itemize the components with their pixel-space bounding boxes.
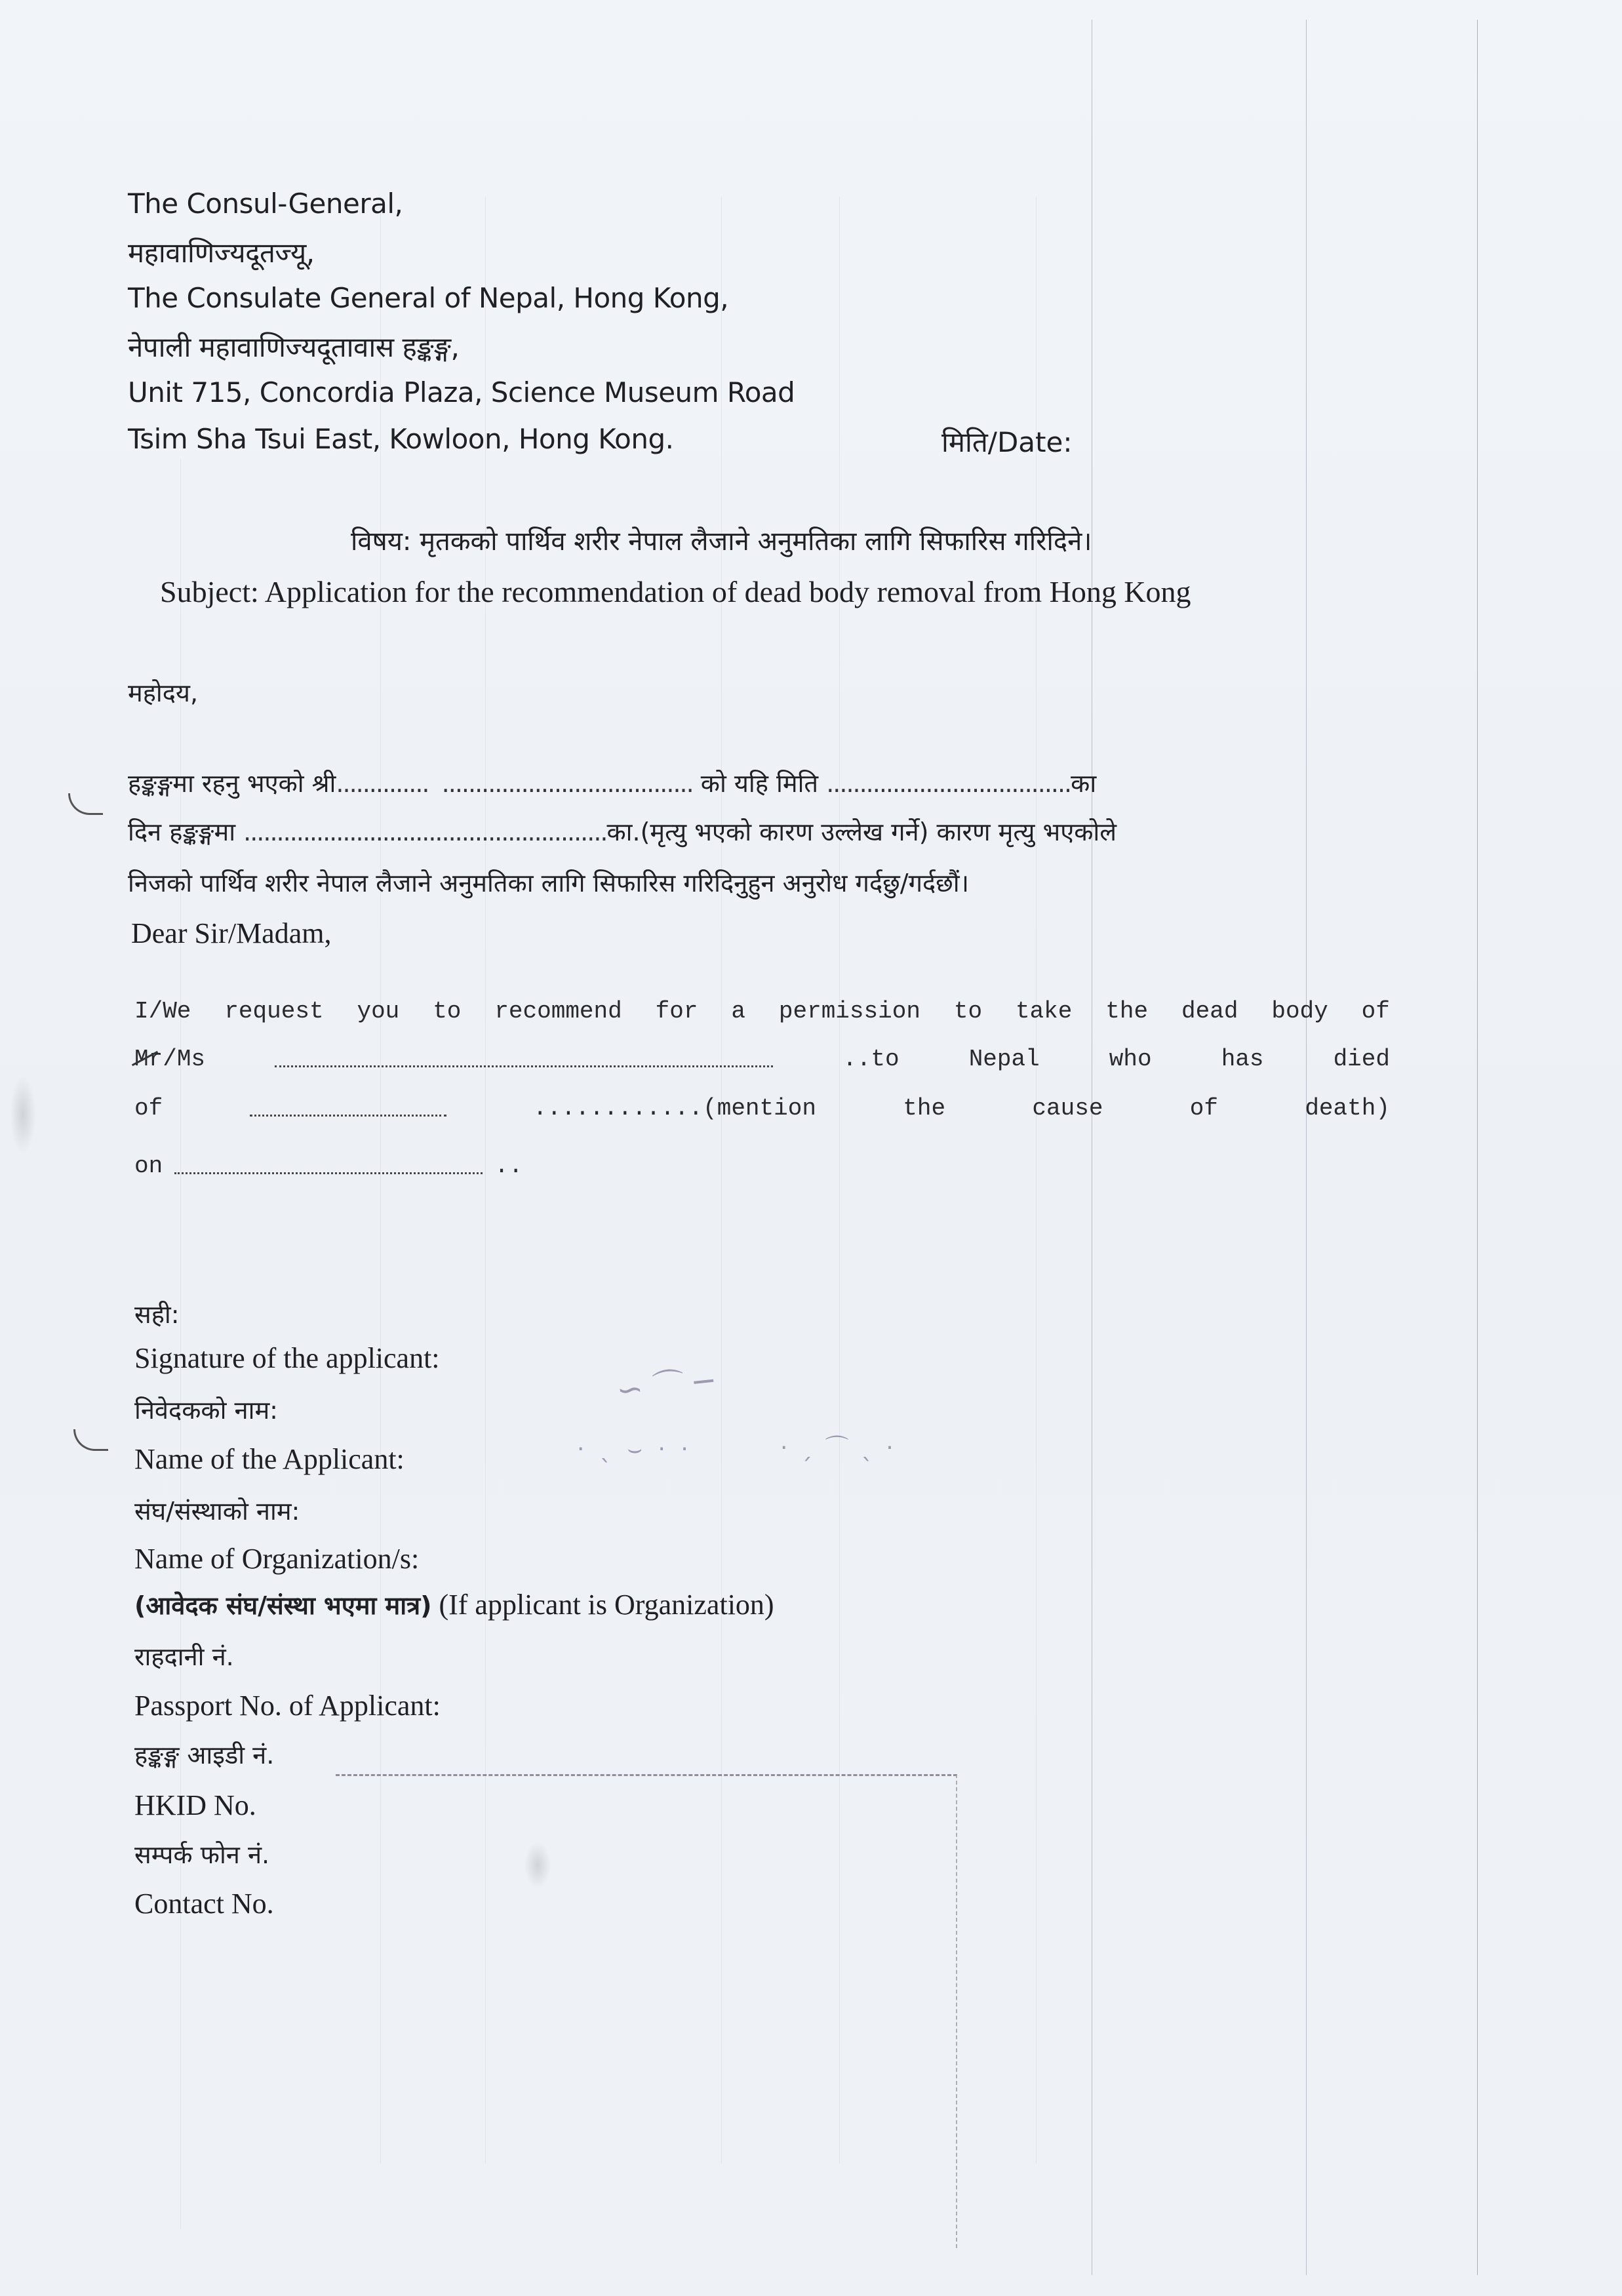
name-scribble: · ˏ ⌒ ˎ · <box>780 1429 896 1463</box>
punch-hole-mark <box>73 1429 108 1451</box>
on-label: on <box>134 1153 163 1179</box>
hkid-label-nepali: हङ्कङ्ग आइडी नं. <box>134 1737 274 1771</box>
scan-guide-line <box>1477 20 1478 2275</box>
contact-label-nepali: सम्पर्क फोन नं. <box>134 1837 269 1871</box>
english-body-line: I/Werequestyoutorecommendforapermissiont… <box>134 998 1390 1025</box>
organization-note: (आवेदक संघ/संस्था भएमा मात्र) (If applic… <box>134 1588 774 1622</box>
address-line: नेपाली महावाणिज्यदूतावास हङ्कङ्ग, <box>128 328 459 365</box>
organization-note-english: (If applicant is Organization) <box>439 1589 774 1621</box>
applicant-name-label: Name of the Applicant: <box>134 1442 405 1476</box>
name-fill-dots[interactable]: .............. .........................… <box>336 769 692 798</box>
body-word: permission <box>779 998 920 1025</box>
body-word: you <box>357 998 399 1025</box>
mr-ms-label: Mr/Ms <box>134 1046 205 1073</box>
address-line: The Consulate General of Nepal, Hong Kon… <box>128 282 728 314</box>
body-word: death) <box>1305 1095 1390 1122</box>
contact-label: Contact No. <box>134 1887 274 1920</box>
scan-guide-line <box>1092 20 1092 2275</box>
body-word: ............(mention <box>533 1095 816 1122</box>
organization-note-nepali: (आवेदक संघ/संस्था भएमा मात्र) <box>134 1591 431 1620</box>
struck-mr: Mr <box>134 1046 163 1073</box>
address-line: महावाणिज्यदूतज्यू, <box>128 233 315 271</box>
body-word: dead <box>1181 998 1238 1025</box>
cause-fill-dots[interactable]: ........................................… <box>243 818 606 846</box>
body-word: of <box>1190 1095 1218 1122</box>
subject-nepali: विषय: मृतकको पार्थिव शरीर नेपाल लैजाने अ… <box>0 522 1622 558</box>
body-word: to <box>954 998 982 1025</box>
salutation-nepali: महोदय, <box>128 675 198 709</box>
body-word: ..to <box>842 1046 899 1073</box>
signature-scribble: ∽ ⌒ ─ <box>614 1355 715 1410</box>
body-word: of <box>1362 998 1390 1025</box>
name-scribble: · ˎ ⌣ · · <box>577 1436 692 1463</box>
deceased-name-field[interactable] <box>275 1046 773 1067</box>
applicant-name-label-nepali: निवेदकको नाम: <box>134 1393 278 1427</box>
scan-smudge <box>10 1075 36 1154</box>
body-text: का.(मृत्यु भएको कारण उल्लेख गर्ने) कारण … <box>607 818 1117 846</box>
scan-guide-line <box>1306 20 1307 2275</box>
organization-name-label-nepali: संघ/संस्थाको नाम: <box>134 1494 300 1528</box>
punch-hole-mark <box>68 793 103 815</box>
subject-english: Subject: Application for the recommendat… <box>160 574 1191 609</box>
address-line: Tsim Sha Tsui East, Kowloon, Hong Kong. <box>128 423 674 455</box>
body-text: का <box>1071 769 1096 798</box>
body-word: has <box>1221 1046 1264 1073</box>
english-body-line: on .. <box>134 1153 1390 1179</box>
body-word: to <box>433 998 461 1025</box>
of-label: of <box>134 1095 163 1122</box>
date-label: मिति/Date: <box>941 423 1073 460</box>
english-body-line: of............(mentionthecauseofdeath) <box>134 1095 1390 1122</box>
photo-box[interactable] <box>336 1774 957 2248</box>
body-word: take <box>1016 998 1072 1025</box>
scanned-page: The Consul-General, महावाणिज्यदूतज्यू, T… <box>0 0 1622 2296</box>
body-text: दिन हङ्कङ्गमा <box>128 818 235 846</box>
nepali-body-line: हङ्कङ्गमा रहनु भएको श्री.............. .… <box>128 766 1096 800</box>
date-fill-dots[interactable]: ..................................... <box>826 769 1071 798</box>
body-word: I/We <box>134 998 191 1025</box>
body-word: the <box>1105 998 1148 1025</box>
cause-of-death-field[interactable] <box>250 1095 446 1117</box>
organization-name-label: Name of Organization/s: <box>134 1542 419 1575</box>
body-word: Nepal <box>969 1046 1040 1073</box>
hkid-label: HKID No. <box>134 1789 256 1822</box>
body-word: a <box>731 998 745 1025</box>
passport-label-nepali: राहदानी नं. <box>134 1639 234 1673</box>
nepali-body-line: निजको पार्थिव शरीर नेपाल लैजाने अनुमतिका… <box>128 865 969 900</box>
body-word: request <box>224 998 323 1025</box>
address-line: The Consul-General, <box>128 188 403 220</box>
body-word: who <box>1109 1046 1152 1073</box>
body-text: हङ्कङ्गमा रहनु भएको श्री <box>128 769 336 798</box>
english-body-line: Mr/Ms..toNepalwhohasdied <box>134 1046 1390 1073</box>
body-word: body <box>1271 998 1328 1025</box>
date-of-death-field[interactable] <box>174 1153 483 1174</box>
signature-label-nepali: सही: <box>134 1297 180 1331</box>
signature-label: Signature of the applicant: <box>134 1341 440 1375</box>
nepali-body-line: दिन हङ्कङ्गमा ..........................… <box>128 814 1117 848</box>
body-word: for <box>656 998 698 1025</box>
body-word: recommend <box>494 998 622 1025</box>
salutation-english: Dear Sir/Madam, <box>131 917 331 950</box>
body-word: cause <box>1032 1095 1103 1122</box>
body-word: died <box>1334 1046 1390 1073</box>
dots-suffix: .. <box>494 1153 523 1179</box>
body-text: को यहि मिति <box>701 769 818 798</box>
body-word: the <box>903 1095 945 1122</box>
date-field[interactable] <box>1101 426 1403 459</box>
address-line: Unit 715, Concordia Plaza, Science Museu… <box>128 376 795 408</box>
scan-guide-line <box>1036 197 1037 2164</box>
passport-label: Passport No. of Applicant: <box>134 1689 441 1722</box>
